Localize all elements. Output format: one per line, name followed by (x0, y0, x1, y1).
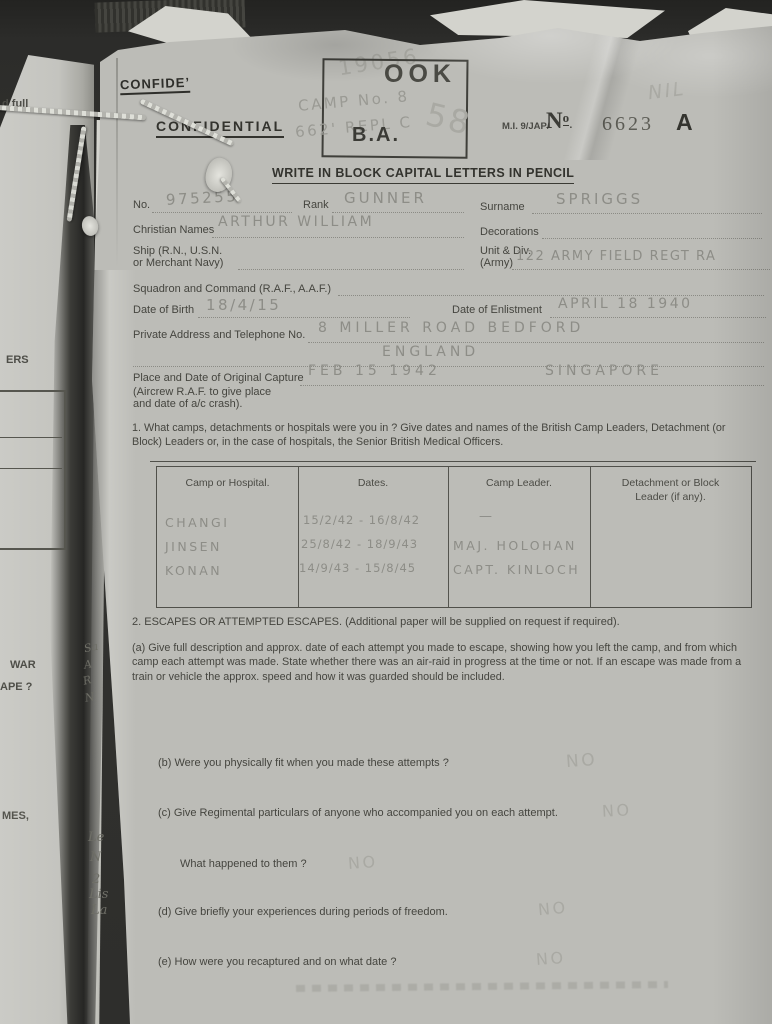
question-2c-followup: What happened to them ? (180, 858, 307, 870)
page-crease (116, 58, 118, 268)
table-row-camp: JINSEN (165, 539, 222, 554)
archive-photo: d full ERS WAR APE ? MES, CONFIDE’ CONFI… (0, 0, 772, 1024)
question-2-heading: 2. ESCAPES OR ATTEMPTED ESCAPES. (Additi… (132, 616, 760, 628)
field-christian-value: ARTHUR WILLIAM (218, 214, 374, 230)
edge-scribble: 2 (92, 872, 100, 887)
camps-table: Camp or Hospital. Dates. Camp Leader. De… (156, 466, 752, 608)
field-address-value2: ENGLAND (382, 344, 479, 360)
margin-fragment: APE ? (0, 681, 32, 693)
edge-scribble: N (90, 850, 101, 865)
field-rank-value: GUNNER (344, 189, 427, 207)
field-rank-line (332, 212, 464, 213)
table-row-dates: 25/8/42 - 18/9/43 (301, 537, 418, 551)
field-capture-place: SINGAPORE (545, 363, 663, 379)
field-surname-line (532, 213, 762, 214)
field-decorations-label: Decorations (480, 226, 539, 238)
table-row-leader: CAPT. KINLOCH (453, 562, 580, 577)
edge-scribble: La (91, 903, 107, 918)
field-address-value: 8 MILLER ROAD BEDFORD (318, 320, 584, 336)
question-2a-text: (a) Give full description and approx. da… (132, 641, 762, 684)
field-decorations-line (542, 238, 762, 239)
field-enlistment-value: APRIL 18 1940 (558, 296, 693, 312)
field-surname-label: Surname (480, 201, 525, 213)
answer-2b: NO (565, 750, 597, 772)
field-enlistment-label: Date of Enlistment (452, 304, 542, 316)
questionnaire-page: CONFIDE’ CONFIDENTIAL 19056 OOK CAMP No.… (0, 0, 772, 1024)
bleed-through-writing (296, 981, 668, 992)
field-no-value: 975255 (166, 187, 239, 209)
confidential-stamp-partial: CONFIDE’ (120, 75, 191, 95)
edge-scribble: Le (88, 830, 104, 845)
table-row-dates: 15/2/42 - 16/8/42 (303, 513, 420, 527)
field-squadron-label: Squadron and Command (R.A.F., A.A.F.) (133, 283, 331, 295)
stamp-ba-initials: B.A. (352, 124, 400, 147)
ref-number: 6623 (602, 113, 654, 136)
table-row-leader: MAJ. HOLOHAN (453, 538, 577, 553)
answer-2c-followup: NO (347, 852, 378, 873)
underpage-table-line (0, 468, 62, 469)
margin-fragment: WAR (10, 659, 36, 671)
field-unit-label2: (Army) (480, 257, 513, 269)
field-squadron-line (338, 295, 764, 296)
field-unit-value: 122 ARMY FIELD REGT RA (516, 249, 716, 264)
margin-fragment: MES, (2, 810, 29, 822)
field-dob-value: 18/4/15 (206, 296, 281, 314)
question-2e-text: (e) How were you recaptured and on what … (158, 956, 396, 968)
field-christian-line (212, 237, 464, 238)
stamp-overprint: OOK (384, 60, 456, 89)
table-header-camp: Camp or Hospital. (157, 477, 298, 489)
underpage-table-line (0, 437, 62, 438)
field-address-label: Private Address and Telephone No. (133, 329, 305, 341)
field-capture-sub2: and date of a/c crash). (133, 398, 242, 410)
edge-scribble: N (84, 690, 96, 704)
field-rank-label: Rank (303, 199, 329, 211)
table-row-leader: — (479, 509, 495, 524)
underpage-table-outline (0, 390, 66, 550)
table-double-rule (150, 461, 756, 462)
field-ship-line (238, 269, 464, 270)
table-header-dates: Dates. (298, 477, 448, 489)
field-ship-label1: Ship (R.N., U.S.N. (133, 245, 222, 257)
table-row-camp: KONAN (165, 563, 222, 578)
field-capture-label: Place and Date of Original Capture (133, 372, 304, 384)
field-address-line1 (308, 342, 764, 343)
field-enlistment-line (550, 317, 766, 318)
field-address-line2 (133, 366, 764, 367)
edge-scribble: Lis (89, 887, 108, 902)
field-capture-date: FEB 15 1942 (308, 363, 441, 379)
field-dob-label: Date of Birth (133, 304, 194, 316)
field-ship-label2: or Merchant Navy) (133, 257, 223, 269)
answer-2c: NO (602, 800, 633, 821)
ref-dept: M.I. 9/JAP/ (502, 121, 550, 132)
table-header-leader: Camp Leader. (448, 477, 590, 489)
table-header-detachment: Detachment or Block Leader (if any). (590, 477, 751, 504)
ref-no-label: No. (546, 108, 573, 134)
answer-2e: NO (535, 948, 566, 969)
ref-no-dot: . (569, 117, 573, 132)
field-capture-sub1: (Aircrew R.A.F. to give place (133, 386, 271, 398)
ref-suffix: A (676, 109, 693, 136)
field-no-label: No. (133, 199, 150, 211)
field-dob-line (198, 317, 410, 318)
question-2d-text: (d) Give briefly your experiences during… (158, 906, 448, 918)
field-no-line (152, 212, 292, 213)
answer-2d: NO (537, 898, 568, 920)
table-row-dates: 14/9/43 - 15/8/45 (299, 561, 416, 575)
question-2c-text: (c) Give Regimental particulars of anyon… (158, 807, 638, 819)
question-1-text: 1. What camps, detachments or hospitals … (132, 421, 756, 450)
field-capture-line (300, 385, 764, 386)
ref-no-n: N (546, 108, 563, 133)
field-surname-value: SPRIGGS (556, 190, 643, 208)
field-christian-label: Christian Names (133, 224, 214, 236)
instruction-heading: WRITE IN BLOCK CAPITAL LETTERS IN PENCIL (272, 166, 574, 184)
table-row-camp: CHANGI (165, 515, 229, 530)
margin-fragment: ERS (6, 354, 29, 366)
pencil-nil: NIL (647, 78, 687, 104)
field-unit-line (512, 269, 770, 270)
